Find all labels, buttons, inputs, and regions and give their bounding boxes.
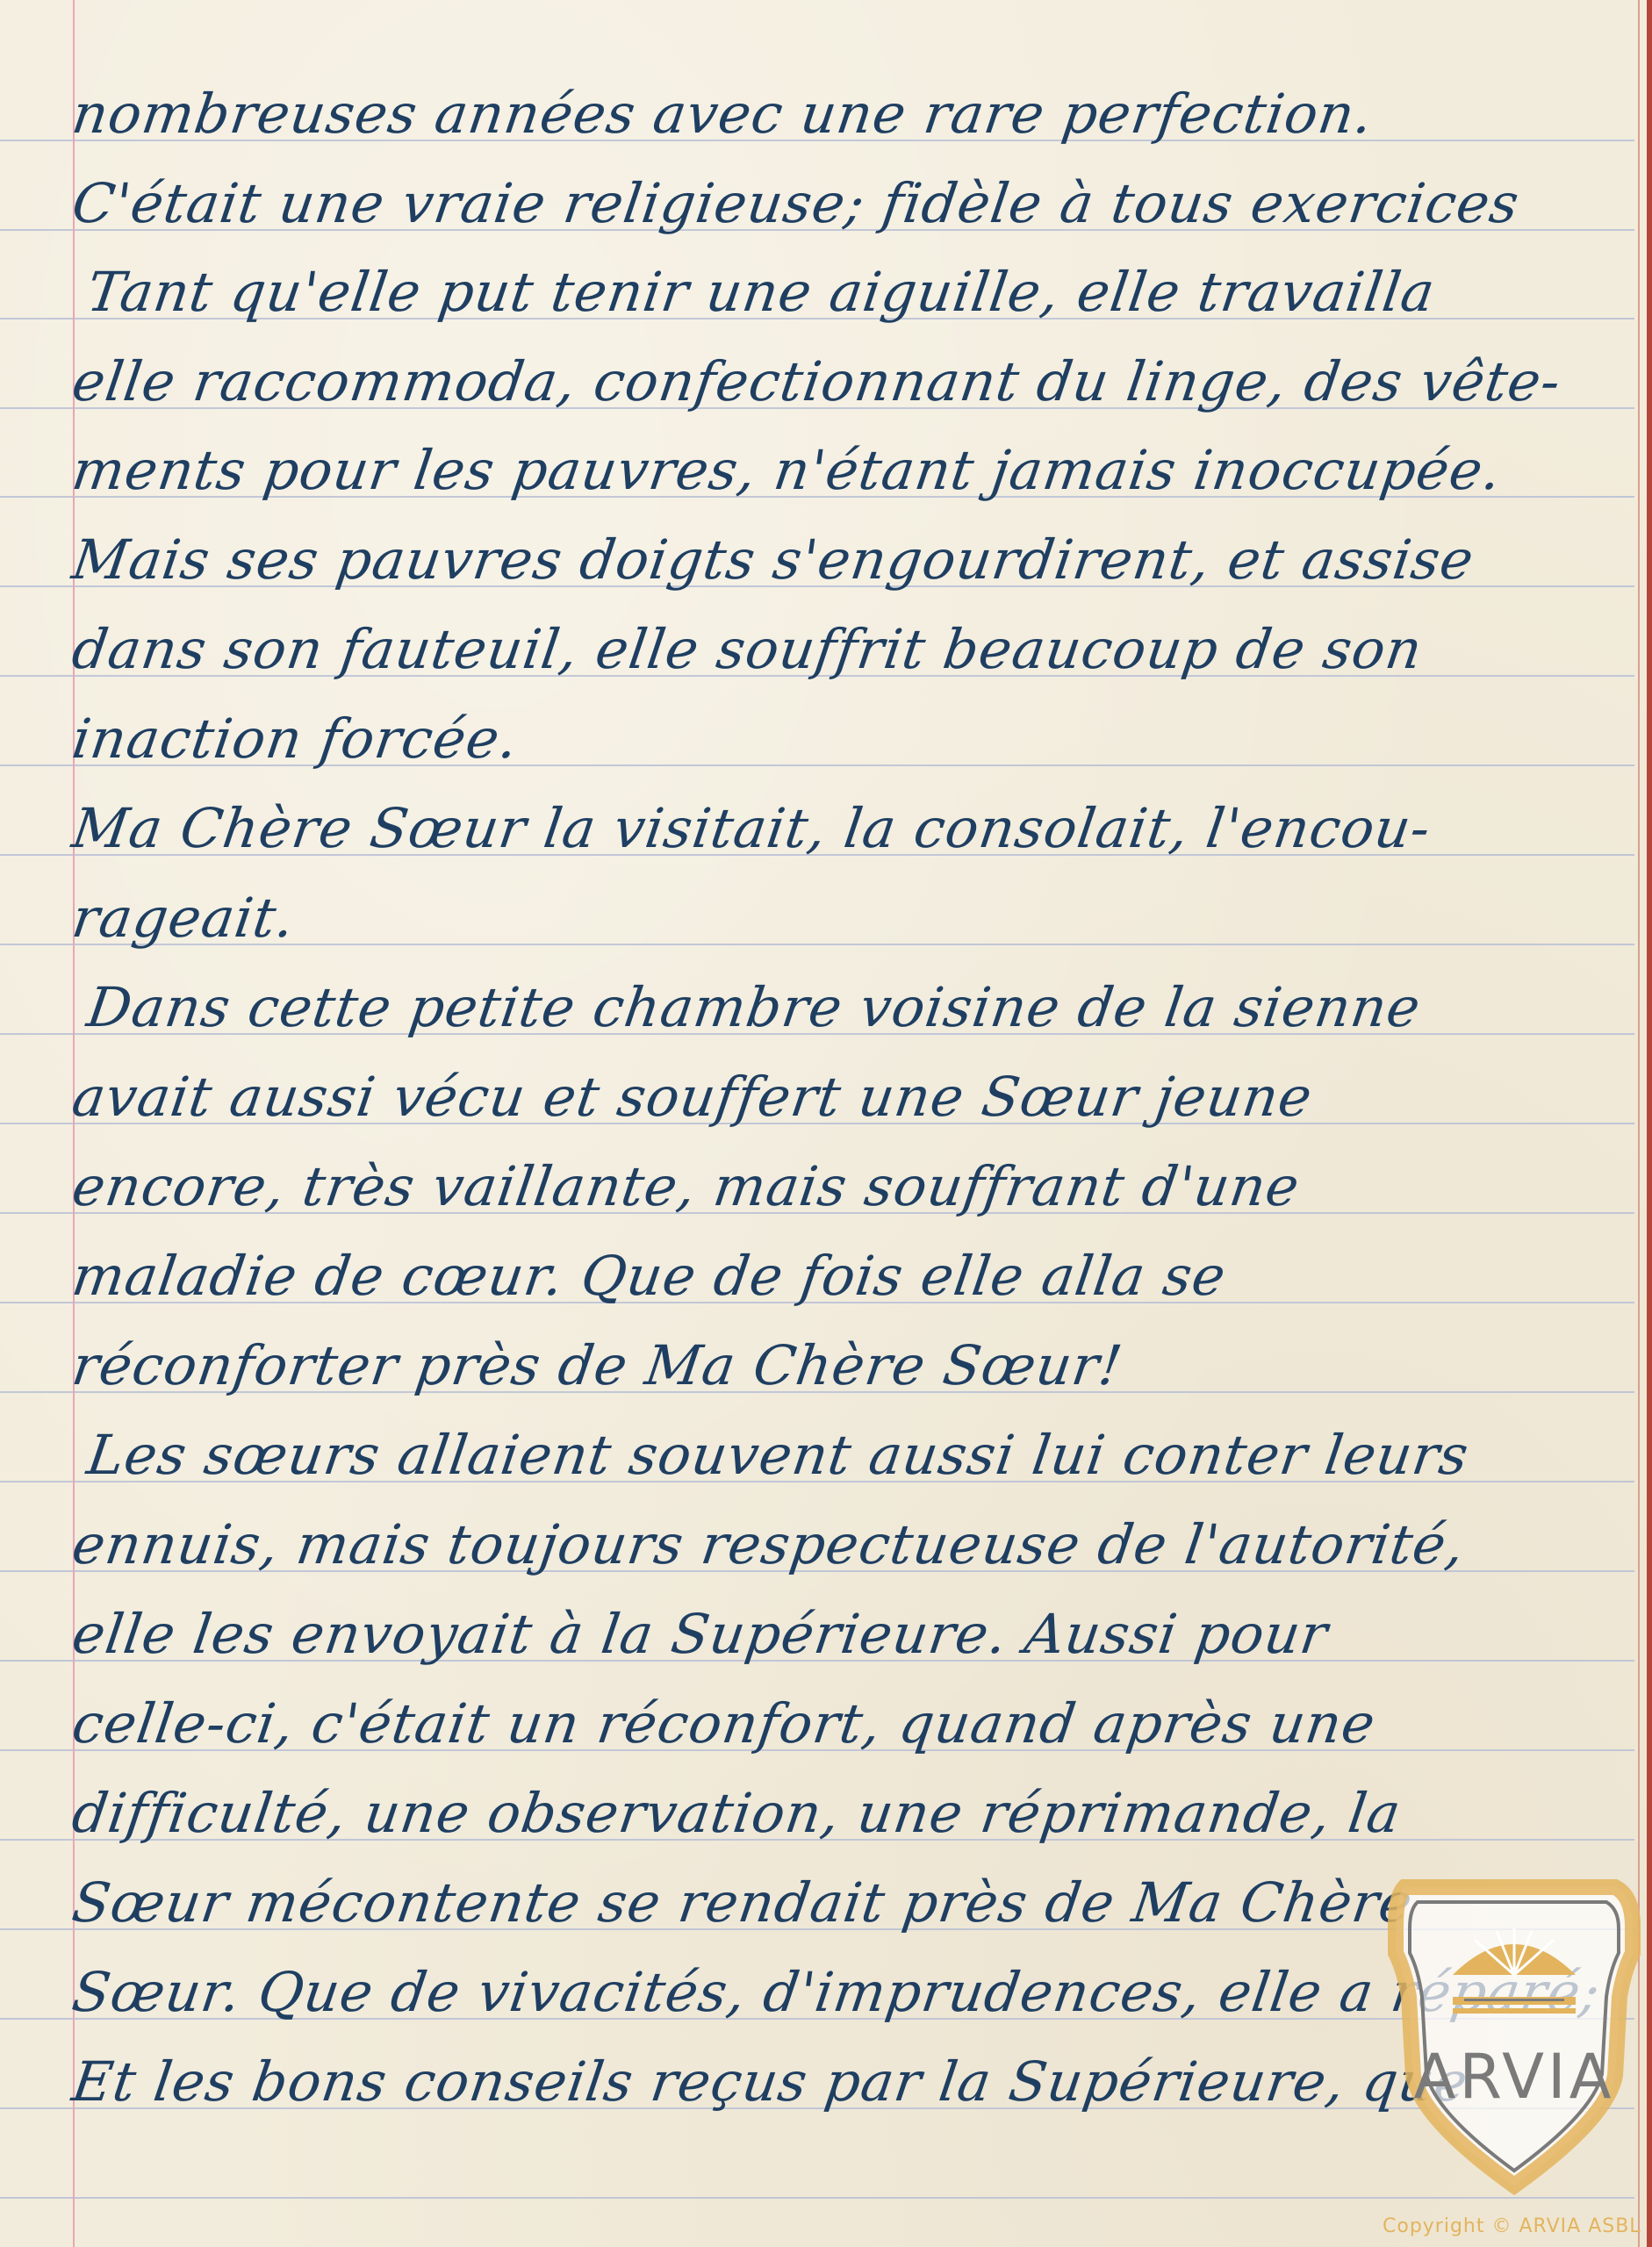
handwritten-line: rageait. bbox=[68, 887, 1626, 949]
handwritten-line: ments pour les pauvres, n'étant jamais i… bbox=[68, 440, 1626, 501]
handwritten-line: C'était une vraie religieuse; fidèle à t… bbox=[68, 173, 1626, 234]
watermark-logo-text: ARVIA bbox=[1413, 2041, 1614, 2113]
handwritten-line: Les sœurs allaient souvent aussi lui con… bbox=[83, 1425, 1626, 1486]
handwritten-line: celle-ci, c'était un réconfort, quand ap… bbox=[68, 1693, 1626, 1755]
handwritten-line: difficulté, une observation, une réprima… bbox=[68, 1783, 1626, 1844]
copyright-notice: Copyright © ARVIA ASBL bbox=[1383, 2215, 1641, 2237]
handwritten-line: encore, très vaillante, mais souffrant d… bbox=[68, 1156, 1626, 1217]
handwritten-line: Dans cette petite chambre voisine de la … bbox=[83, 977, 1626, 1038]
handwritten-line: nombreuses années avec une rare perfecti… bbox=[68, 83, 1626, 145]
handwritten-line: Ma Chère Sœur la visitait, la consolait,… bbox=[68, 798, 1626, 859]
shield-logo-icon: ARVIA bbox=[1369, 1874, 1650, 2199]
handwritten-line: Mais ses pauvres doigts s'engourdirent, … bbox=[68, 529, 1626, 591]
manuscript-page: nombreuses années avec une rare perfecti… bbox=[0, 0, 1652, 2247]
handwritten-line: inaction forcée. bbox=[68, 708, 1626, 770]
handwritten-line: ennuis, mais toujours respectueuse de l'… bbox=[68, 1514, 1626, 1576]
handwritten-line: dans son fauteuil, elle souffrit beaucou… bbox=[68, 619, 1626, 680]
arvia-watermark: ARVIA bbox=[1369, 1874, 1650, 2199]
handwritten-line: avait aussi vécu et souffert une Sœur je… bbox=[68, 1066, 1626, 1128]
handwritten-line: elle les envoyait à la Supérieure. Aussi… bbox=[68, 1604, 1626, 1665]
handwritten-line: réconforter près de Ma Chère Sœur! bbox=[68, 1335, 1626, 1396]
handwritten-line: maladie de cœur. Que de fois elle alla s… bbox=[68, 1246, 1626, 1307]
handwritten-line: elle raccommoda, confectionnant du linge… bbox=[68, 351, 1626, 413]
handwritten-line: Tant qu'elle put tenir une aiguille, ell… bbox=[83, 262, 1626, 323]
